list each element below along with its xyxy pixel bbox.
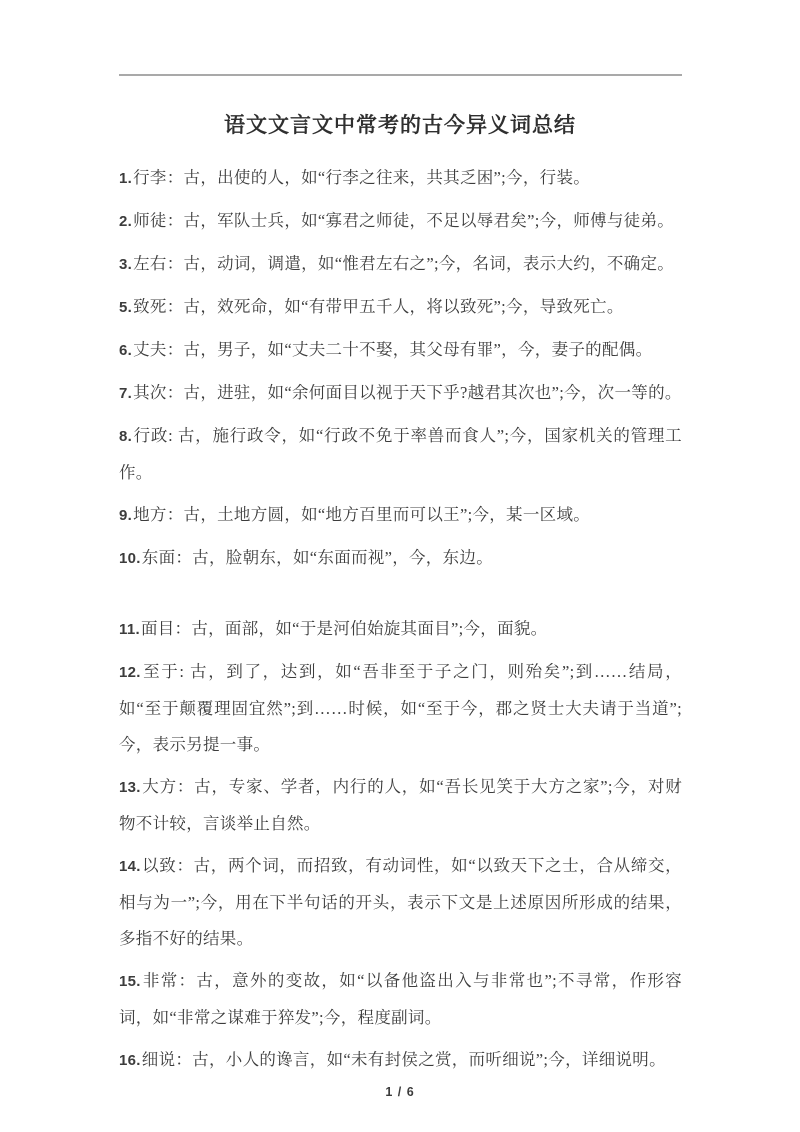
list-item: 9.地方：古，土地方圆，如“地方百里而可以王”;今，某一区域。 xyxy=(119,497,682,534)
document-body: 1.行李：古，出使的人，如“行李之往来，共其乏困”;今，行装。 2.师徒：古，军… xyxy=(119,160,682,1079)
blank-line xyxy=(119,583,682,611)
item-text: 左右：古，动词，调遣，如“惟君左右之”;今，名词，表示大约，不确定。 xyxy=(133,254,674,273)
item-number: 12. xyxy=(119,664,141,681)
item-text: 行政: 古，施行政令，如“行政不免于率兽而食人”;今，国家机关的管理工作。 xyxy=(119,426,682,482)
item-text: 东面：古，脸朝东，如“东面而视”，今，东边。 xyxy=(142,548,493,567)
document-page: 语文文言文中常考的古今异义词总结 1.行李：古，出使的人，如“行李之往来，共其乏… xyxy=(0,0,800,1132)
item-text: 细说：古，小人的谗言，如“未有封侯之赏，而听细说”;今，详细说明。 xyxy=(142,1050,666,1069)
item-text: 其次：古，进驻，如“余何面目以视于天下乎?越君其次也”;今，次一等的。 xyxy=(133,383,682,402)
item-number: 1. xyxy=(119,170,132,187)
item-number: 9. xyxy=(119,507,132,524)
list-item: 6.丈夫：古，男子，如“丈夫二十不娶，其父母有罪”，今，妻子的配偶。 xyxy=(119,332,682,369)
item-number: 14. xyxy=(119,858,141,875)
list-item: 12.至于: 古，到了，达到，如“吾非至于子之门，则殆矣”;到……结局，如“至于… xyxy=(119,654,682,763)
item-number: 5. xyxy=(119,299,132,316)
list-item: 15.非常：古，意外的变故，如“以备他盗出入与非常也”;不寻常，作形容词，如“非… xyxy=(119,963,682,1036)
item-number: 11. xyxy=(119,621,140,638)
header-rule xyxy=(119,74,682,76)
list-item: 11.面目：古，面部，如“于是河伯始旋其面目”;今，面貌。 xyxy=(119,611,682,648)
item-text: 地方：古，土地方圆，如“地方百里而可以王”;今，某一区域。 xyxy=(133,505,590,524)
list-item: 7.其次：古，进驻，如“余何面目以视于天下乎?越君其次也”;今，次一等的。 xyxy=(119,375,682,412)
item-text: 至于: 古，到了，达到，如“吾非至于子之门，则殆矣”;到……结局，如“至于颠覆理… xyxy=(119,662,682,754)
list-item: 8.行政: 古，施行政令，如“行政不免于率兽而食人”;今，国家机关的管理工作。 xyxy=(119,418,682,491)
item-number: 10. xyxy=(119,550,141,567)
item-text: 行李：古，出使的人，如“行李之往来，共其乏困”;今，行装。 xyxy=(133,168,590,187)
item-text: 以致：古，两个词，而招致，有动词性，如“以致天下之士，合从缔交，相与为一”;今，… xyxy=(119,856,682,948)
item-number: 13. xyxy=(119,779,141,796)
item-number: 8. xyxy=(119,428,132,445)
page-title: 语文文言文中常考的古今异义词总结 xyxy=(0,110,800,140)
item-number: 7. xyxy=(119,385,132,402)
list-item: 5.致死：古，效死命，如“有带甲五千人，将以致死”;今，导致死亡。 xyxy=(119,289,682,326)
list-item: 13.大方：古，专家、学者，内行的人，如“吾长见笑于大方之家”;今，对财物不计较… xyxy=(119,769,682,842)
item-text: 致死：古，效死命，如“有带甲五千人，将以致死”;今，导致死亡。 xyxy=(133,297,624,316)
item-number: 16. xyxy=(119,1052,141,1069)
list-item: 1.行李：古，出使的人，如“行李之往来，共其乏困”;今，行装。 xyxy=(119,160,682,197)
item-number: 15. xyxy=(119,973,141,990)
list-item: 2.师徒：古，军队士兵，如“寡君之师徒，不足以辱君矣”;今，师傅与徒弟。 xyxy=(119,203,682,240)
list-item: 3.左右：古，动词，调遣，如“惟君左右之”;今，名词，表示大约，不确定。 xyxy=(119,246,682,283)
item-number: 2. xyxy=(119,213,132,230)
list-item: 16.细说：古，小人的谗言，如“未有封侯之赏，而听细说”;今，详细说明。 xyxy=(119,1042,682,1079)
item-text: 非常：古，意外的变故，如“以备他盗出入与非常也”;不寻常，作形容词，如“非常之谋… xyxy=(119,971,682,1027)
item-text: 丈夫：古，男子，如“丈夫二十不娶，其父母有罪”，今，妻子的配偶。 xyxy=(133,340,652,359)
page-number: 1 / 6 xyxy=(0,1085,800,1099)
item-number: 6. xyxy=(119,342,132,359)
item-number: 3. xyxy=(119,256,132,273)
list-item: 10.东面：古，脸朝东，如“东面而视”，今，东边。 xyxy=(119,540,682,577)
item-text: 面目：古，面部，如“于是河伯始旋其面目”;今，面貌。 xyxy=(141,619,548,638)
list-item: 14.以致：古，两个词，而招致，有动词性，如“以致天下之士，合从缔交，相与为一”… xyxy=(119,848,682,957)
item-text: 大方：古，专家、学者，内行的人，如“吾长见笑于大方之家”;今，对财物不计较，言谈… xyxy=(119,777,682,833)
item-text: 师徒：古，军队士兵，如“寡君之师徒，不足以辱君矣”;今，师傅与徒弟。 xyxy=(133,211,674,230)
